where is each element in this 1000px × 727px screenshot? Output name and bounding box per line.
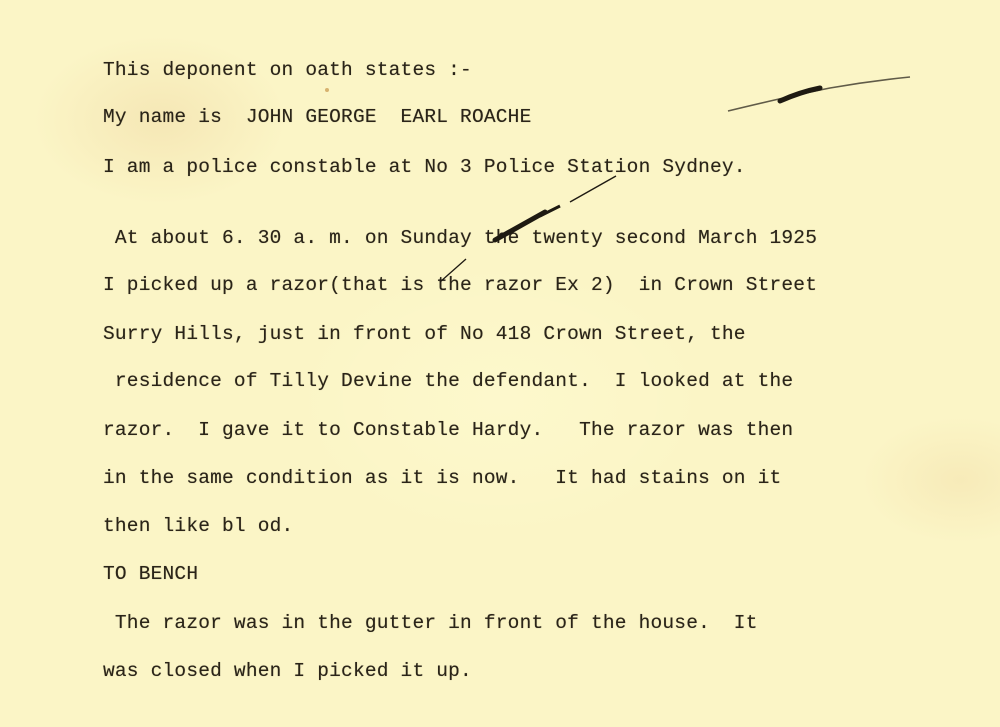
line-statement-2: I picked up a razor(that is the razor Ex… (103, 274, 817, 296)
line-statement-5: razor. I gave it to Constable Hardy. The… (103, 419, 793, 441)
line-to-bench: TO BENCH (103, 563, 198, 585)
line-statement-4: residence of Tilly Devine the defendant.… (103, 370, 793, 392)
line-statement-1: At about 6. 30 a. m. on Sunday the twent… (103, 227, 817, 249)
line-statement-6: in the same condition as it is now. It h… (103, 467, 781, 489)
line-intro: This deponent on oath states :- (103, 59, 472, 81)
line-statement-3: Surry Hills, just in front of No 418 Cro… (103, 323, 746, 345)
line-bench-2: was closed when I picked it up. (103, 660, 472, 682)
line-bench-1: The razor was in the gutter in front of … (103, 612, 758, 634)
line-name: My name is JOHN GEORGE EARL ROACHE (103, 106, 531, 128)
line-occupation: I am a police constable at No 3 Police S… (103, 156, 746, 178)
line-statement-7: then like bl od. (103, 515, 293, 537)
